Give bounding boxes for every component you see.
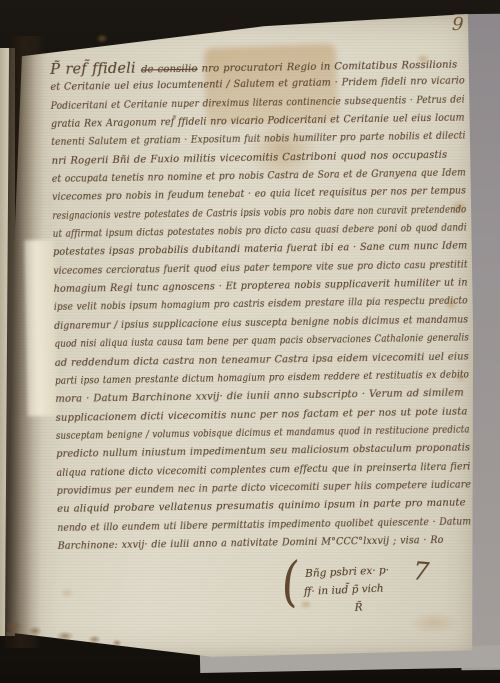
opening-initial: P̃ ref̃ ffideli xyxy=(50,61,141,78)
manuscript-text-block: P̃ ref̃ ffideli de consilio nro procurat… xyxy=(50,54,472,556)
foxing-spot xyxy=(96,34,108,43)
docket-line-1: Bñg psbri ex· p· xyxy=(305,564,389,580)
line1-rest: nro procuratori Regio in Comitatibus Ros… xyxy=(197,60,457,75)
chancery-docket: ( Bñg psbri ex· p· 7 ff· in iud̃ p̃ vich… xyxy=(295,560,447,626)
manuscript-photo: 9 P̃ ref̃ ffideli de consilio nro procur… xyxy=(0,0,500,683)
docket-line-3: R̃ xyxy=(354,601,362,613)
folio-number: 9 xyxy=(451,14,464,36)
strikethrough-text: de consilio xyxy=(141,64,198,76)
docket-flourish: 7 xyxy=(412,556,430,586)
docket-line-2: ff· in iud̃ p̃ vich xyxy=(304,582,384,597)
